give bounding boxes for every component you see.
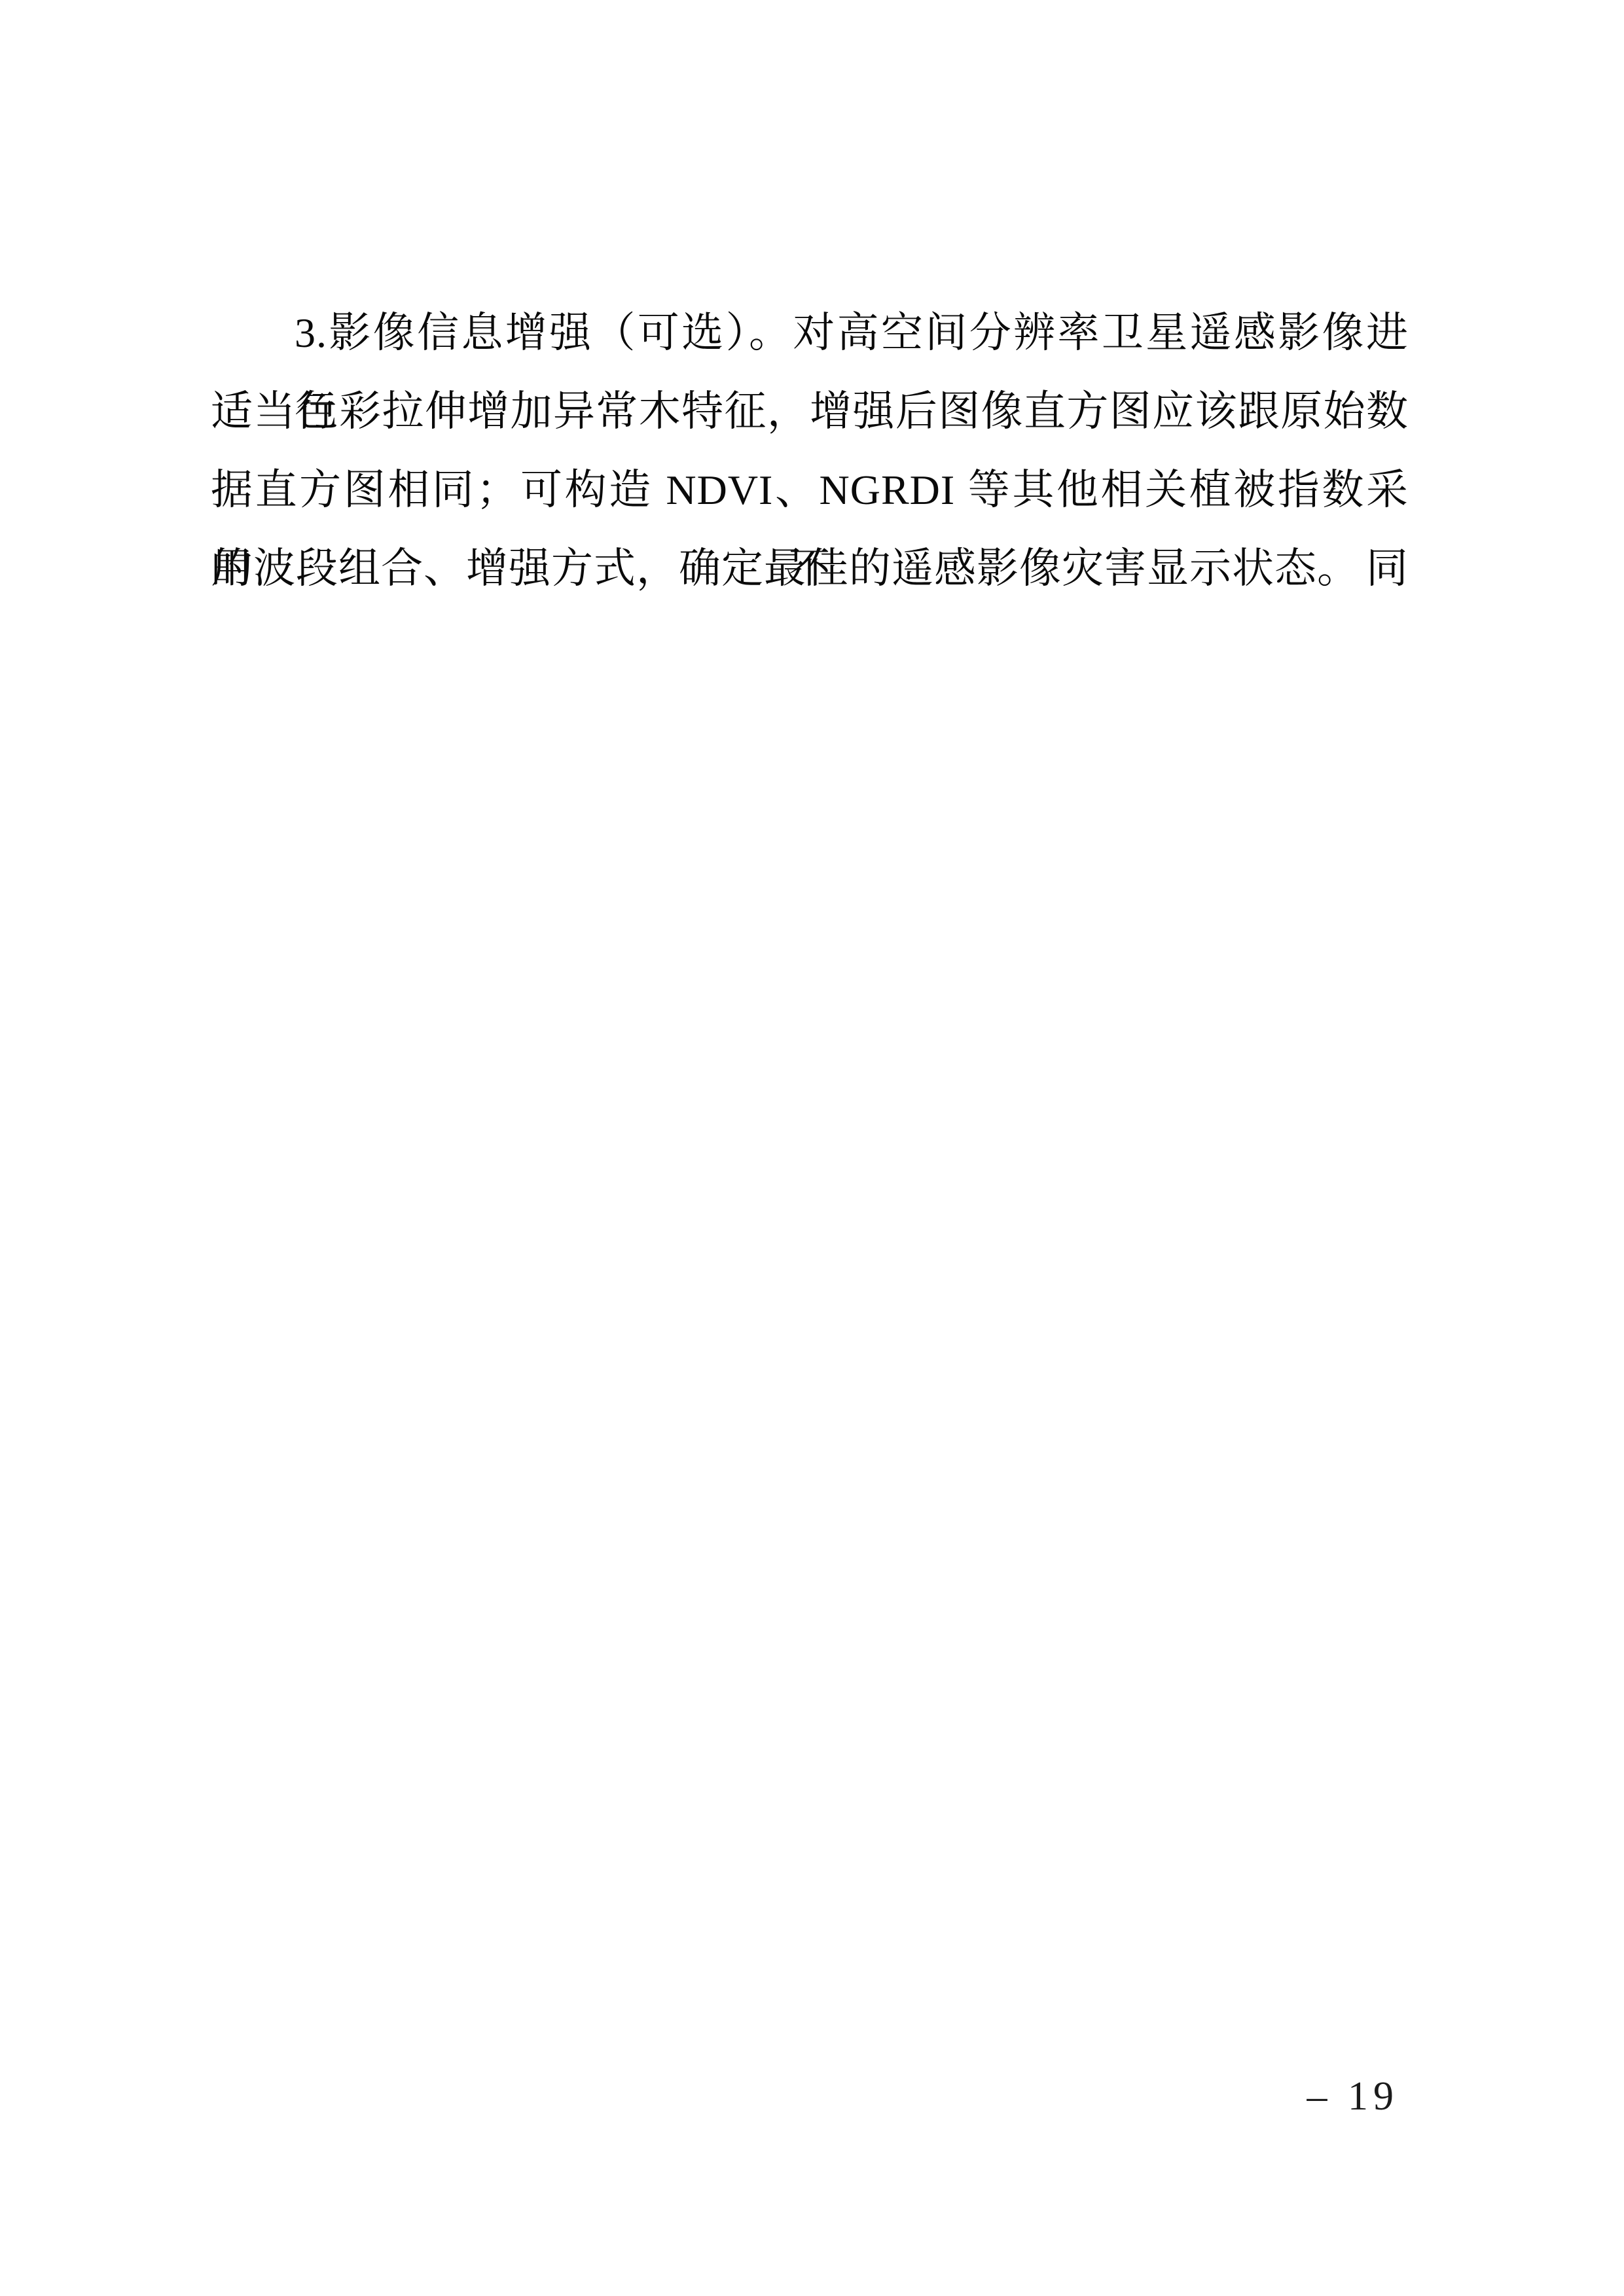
paragraph-line-4: 的波段组合、增强方式，确定最佳的遥感影像灾害显示状态。 [211, 529, 1409, 608]
paragraph-line-2: 适当色彩拉伸增加异常木特征，增强后图像直方图应该跟原始数 [211, 372, 1409, 451]
page-number: – 19 [1307, 2074, 1399, 2119]
document-page: 3.影像信息增强（可选）。对高空间分辨率卫星遥感影像进行 适当色彩拉伸增加异常木… [0, 0, 1624, 2296]
page-footer: – 19 [1307, 2076, 1399, 2117]
paragraph-line-1: 3.影像信息增强（可选）。对高空间分辨率卫星遥感影像进行 [211, 294, 1409, 372]
body-paragraph: 3.影像信息增强（可选）。对高空间分辨率卫星遥感影像进行 适当色彩拉伸增加异常木… [211, 294, 1409, 608]
paragraph-line-3: 据直方图相同；可构造 NDVI、NGRDI 等其他相关植被指数采用不同 [211, 451, 1409, 529]
